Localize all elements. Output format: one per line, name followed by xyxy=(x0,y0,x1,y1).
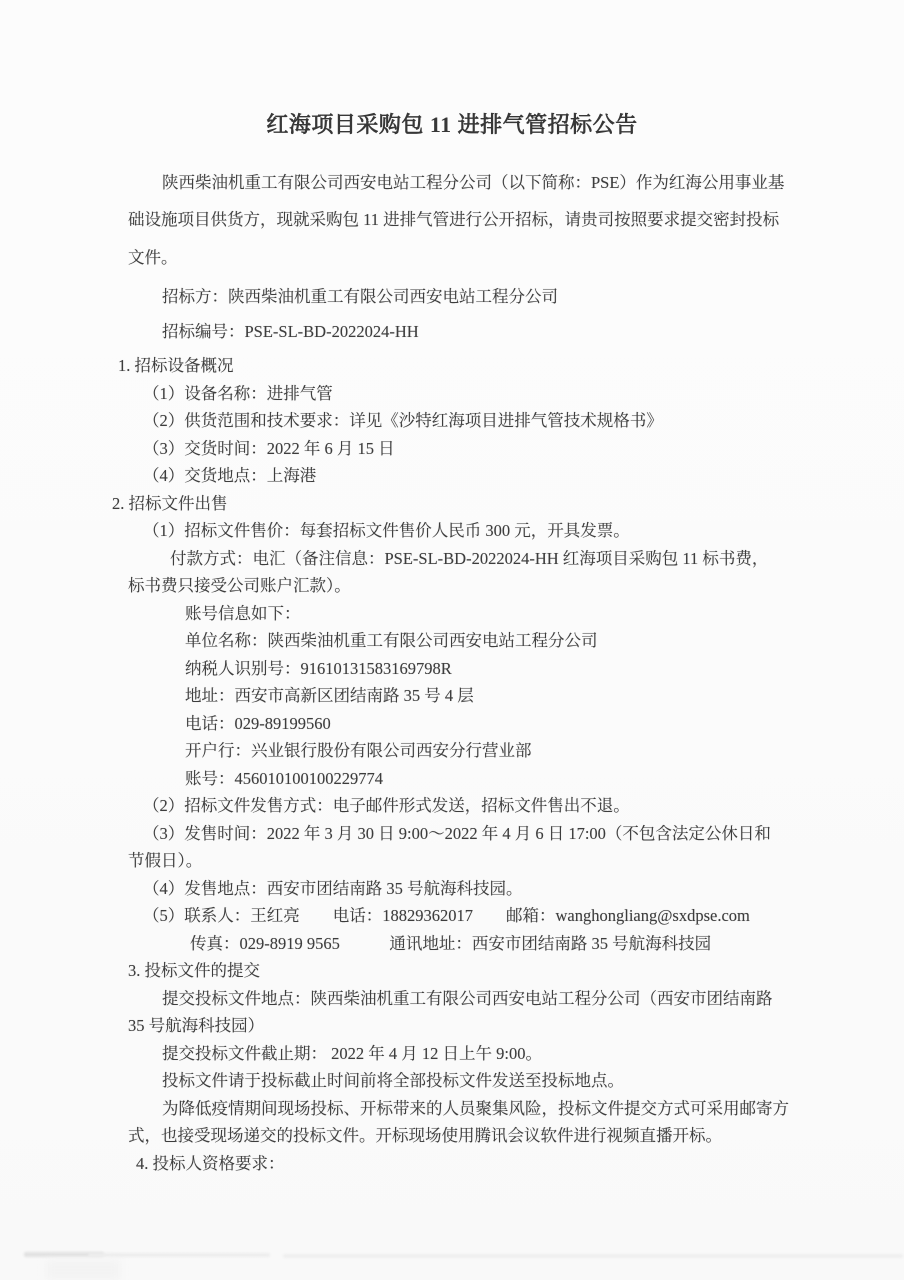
delivery-method-line: （2）招标文件发售方式：电子邮件形式发送，招标文件售出不退。 xyxy=(128,792,806,820)
section-4-heading: 4. 投标人资格要求： xyxy=(136,1150,806,1178)
delivery-time-line: （3）交货时间：2022 年 6 月 15 日 xyxy=(128,435,806,463)
intro-line: 陕西柴油机重工有限公司西安电站工程分公司（以下简称：PSE）作为红海公用事业基 xyxy=(128,164,806,201)
covid-note-line: 式，也接受现场递交的投标文件。开标现场使用腾讯会议软件进行视频直播开标。 xyxy=(128,1122,806,1150)
payment-method-line: 标书费只接受公司账户汇款）。 xyxy=(128,572,806,600)
document-price-line: （1）招标文件售价：每套招标文件售价人民币 300 元，开具发票。 xyxy=(128,517,806,545)
intro-line: 文件。 xyxy=(128,239,806,276)
contact-line: （5）联系人：王红亮 电话：18829362017 邮箱：wanghonglia… xyxy=(128,902,806,930)
page-edge-artifact xyxy=(46,1260,120,1280)
document-page: 红海项目采购包 11 进排气管招标公告 陕西柴油机重工有限公司西安电站工程分公司… xyxy=(0,0,904,1280)
submit-place-line: 35 号航海科技园） xyxy=(128,1012,806,1040)
supply-scope-line: （2）供货范围和技术要求：详见《沙特红海项目进排气管技术规格书》 xyxy=(128,407,806,435)
page-content: 红海项目采购包 11 进排气管招标公告 陕西柴油机重工有限公司西安电站工程分公司… xyxy=(128,0,806,1177)
page-edge-artifact xyxy=(88,1253,270,1257)
bank-line: 开户行：兴业银行股份有限公司西安分行营业部 xyxy=(128,737,806,765)
sale-time-line: 节假日）。 xyxy=(128,847,806,875)
section-2-heading: 2. 招标文件出售 xyxy=(112,490,806,518)
account-company-line: 单位名称：陕西柴油机重工有限公司西安电站工程分公司 xyxy=(128,627,806,655)
deadline-line: 提交投标文件截止期： 2022 年 4 月 12 日上午 9:00。 xyxy=(128,1040,806,1068)
covid-note-line: 为降低疫情期间现场投标、开标带来的人员聚集风险，投标文件提交方式可采用邮寄方 xyxy=(128,1095,806,1123)
delivery-place-line: （4）交货地点：上海港 xyxy=(128,462,806,490)
sale-place-line: （4）发售地点：西安市团结南路 35 号航海科技园。 xyxy=(128,875,806,903)
section-3-heading: 3. 投标文件的提交 xyxy=(128,957,806,985)
account-number-line: 账号：456010100100229774 xyxy=(128,765,806,793)
tenderer-line: 招标方：陕西柴油机重工有限公司西安电站工程分公司 xyxy=(128,279,806,314)
tender-number-line: 招标编号：PSE-SL-BD-2022024-HH xyxy=(128,314,806,349)
intro-paragraph: 陕西柴油机重工有限公司西安电站工程分公司（以下简称：PSE）作为红海公用事业基 … xyxy=(128,164,806,276)
intro-line: 础设施项目供货方，现就采购包 11 进排气管进行公开招标，请贵司按照要求提交密封… xyxy=(128,201,806,238)
submission-note-line: 投标文件请于投标截止时间前将全部投标文件发送至投标地点。 xyxy=(128,1067,806,1095)
document-title: 红海项目采购包 11 进排气管招标公告 xyxy=(98,112,806,138)
page-edge-artifact xyxy=(283,1254,903,1258)
section-1-heading: 1. 招标设备概况 xyxy=(118,352,806,380)
taxpayer-id-line: 纳税人识别号：91610131583169798R xyxy=(128,655,806,683)
payment-method-line: 付款方式：电汇（备注信息：PSE-SL-BD-2022024-HH 红海项目采购… xyxy=(128,545,806,573)
address-line: 地址：西安市高新区团结南路 35 号 4 层 xyxy=(128,682,806,710)
phone-line: 电话：029-89199560 xyxy=(128,710,806,738)
account-intro-line: 账号信息如下： xyxy=(128,600,806,628)
equipment-name-line: （1）设备名称：进排气管 xyxy=(128,380,806,408)
fax-line: 传真：029-8919 9565 通讯地址：西安市团结南路 35 号航海科技园 xyxy=(128,930,806,958)
submit-place-line: 提交投标文件地点：陕西柴油机重工有限公司西安电站工程分公司（西安市团结南路 xyxy=(128,985,806,1013)
sale-time-line: （3）发售时间：2022 年 3 月 30 日 9:00～2022 年 4 月 … xyxy=(128,820,806,848)
